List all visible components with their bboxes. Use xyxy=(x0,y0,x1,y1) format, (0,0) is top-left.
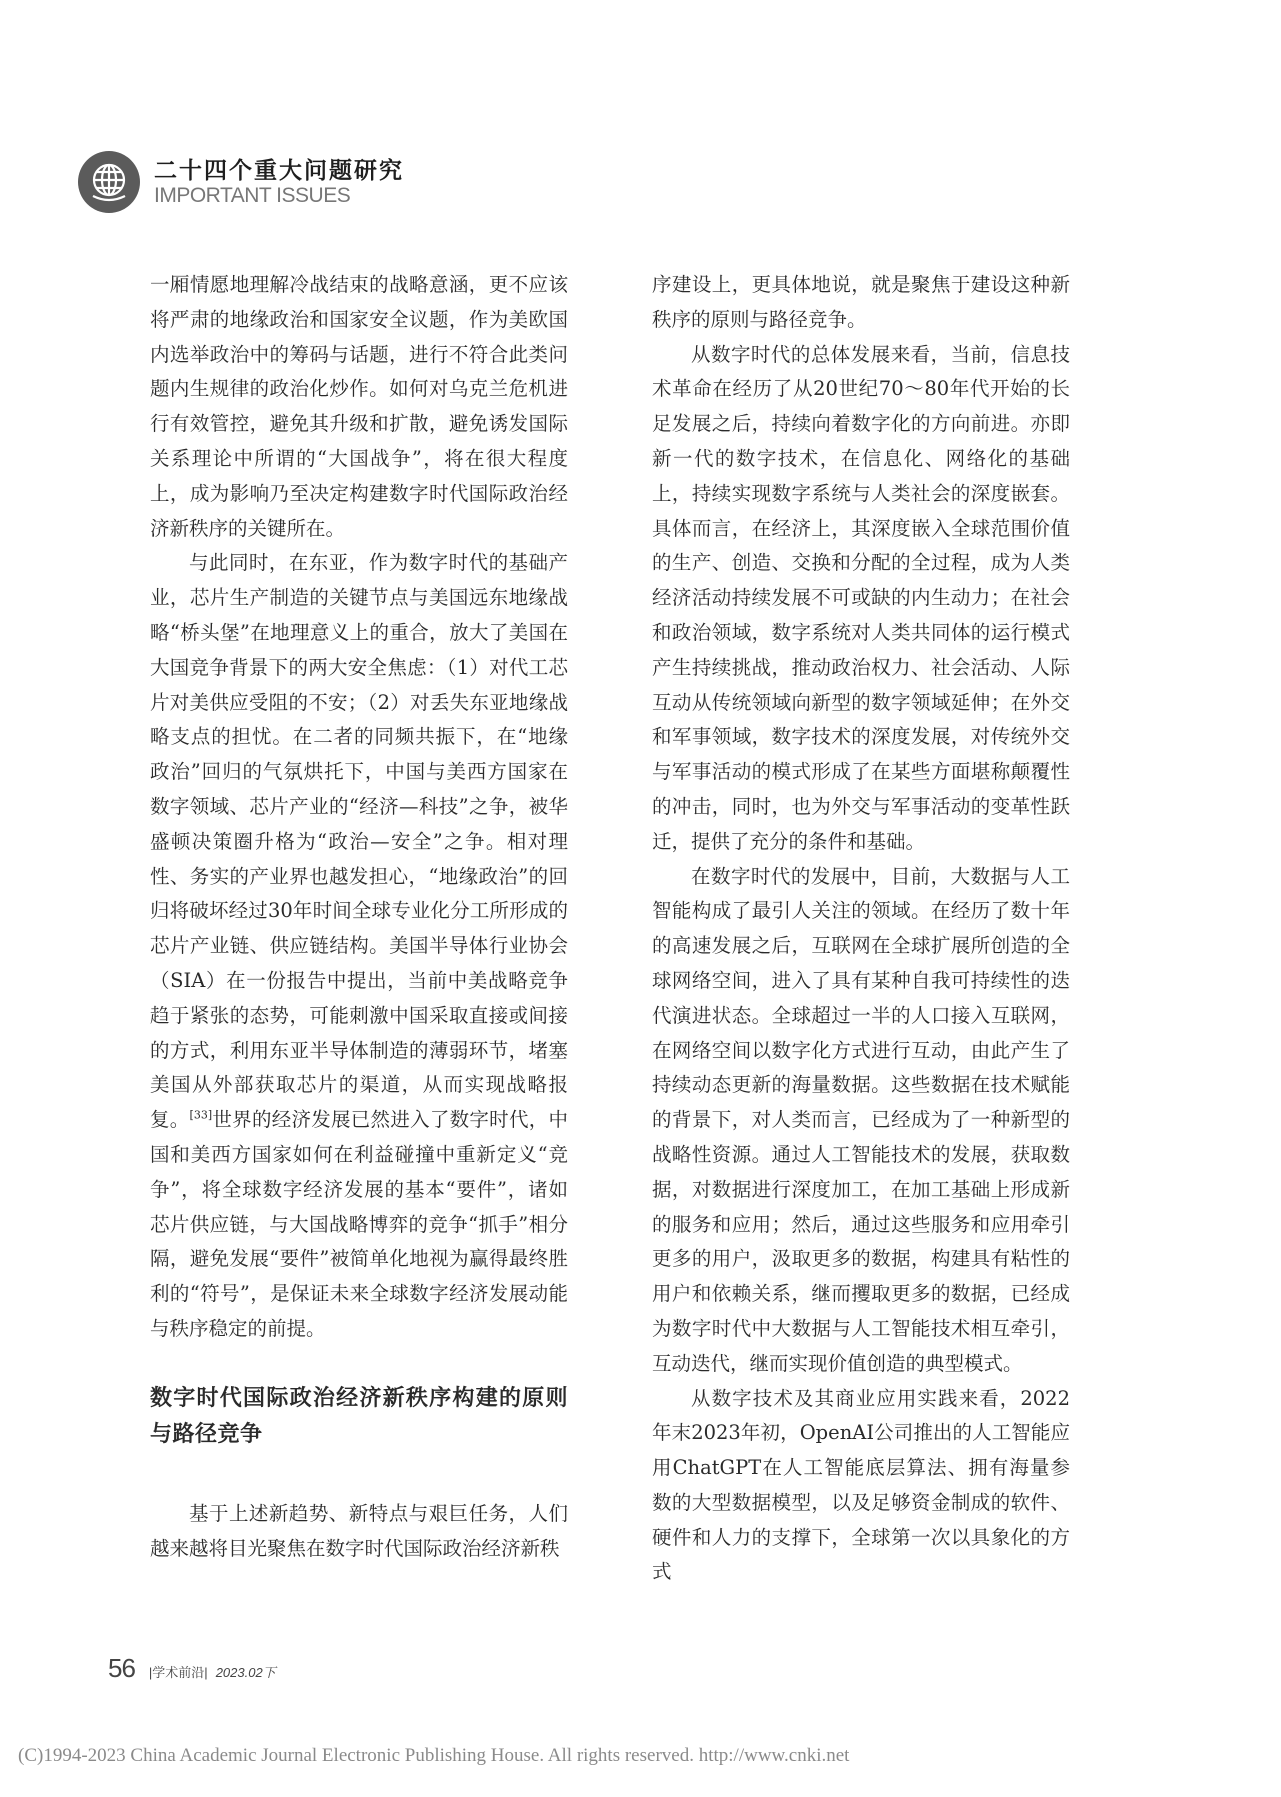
paragraph-text: 世界的经济发展已然进入了数字时代，中国和美西方国家如何在利益碰撞中重新定义“竞争… xyxy=(150,1108,568,1340)
section-title-en: IMPORTANT ISSUES xyxy=(154,185,404,207)
citation-ref[interactable]: [33] xyxy=(190,1109,213,1122)
section-heading: 数字时代国际政治经济新秩序构建的原则与路径竞争 xyxy=(150,1381,568,1453)
page-footer: 56 |学术前沿| 2023.02下 xyxy=(108,1653,276,1684)
section-header: 二十四个重大问题研究 IMPORTANT ISSUES xyxy=(78,150,404,214)
globe-graphic xyxy=(87,160,131,204)
paragraph: 基于上述新趋势、新特点与艰巨任务，人们越来越将目光聚焦在数字时代国际政治经济新秩 xyxy=(150,1497,568,1567)
journal-name: |学术前沿| xyxy=(149,1662,208,1681)
paragraph: 在数字时代的发展中，目前，大数据与人工智能构成了最引人关注的领域。在经历了数十年… xyxy=(652,860,1070,1382)
page-number: 56 xyxy=(108,1653,135,1684)
paragraph: 从数字时代的总体发展来看，当前，信息技术革命在经历了从20世纪70～80年代开始… xyxy=(652,338,1070,860)
globe-icon xyxy=(78,151,140,213)
copyright-notice: (C)1994-2023 China Academic Journal Elec… xyxy=(18,1745,849,1767)
paragraph: 序建设上，更具体地说，就是聚焦于建设这种新秩序的原则与路径竞争。 xyxy=(652,268,1070,338)
left-column: 一厢情愿地理解冷战结束的战略意涵，更不应该将严肃的地缘政治和国家安全议题，作为美… xyxy=(150,268,568,1566)
section-title-cn: 二十四个重大问题研究 xyxy=(154,157,404,185)
issue-label: 2023.02下 xyxy=(216,1662,276,1681)
paragraph: 一厢情愿地理解冷战结束的战略意涵，更不应该将严肃的地缘政治和国家安全议题，作为美… xyxy=(150,268,568,546)
paragraph: 与此同时，在东亚，作为数字时代的基础产业，芯片生产制造的关键节点与美国远东地缘战… xyxy=(150,546,568,1346)
paragraph: 从数字技术及其商业应用实践来看，2022年末2023年初，OpenAI公司推出的… xyxy=(652,1382,1070,1591)
paragraph-text: 与此同时，在东亚，作为数字时代的基础产业，芯片生产制造的关键节点与美国远东地缘战… xyxy=(150,551,568,1131)
right-column: 序建设上，更具体地说，就是聚焦于建设这种新秩序的原则与路径竞争。 从数字时代的总… xyxy=(652,268,1070,1590)
